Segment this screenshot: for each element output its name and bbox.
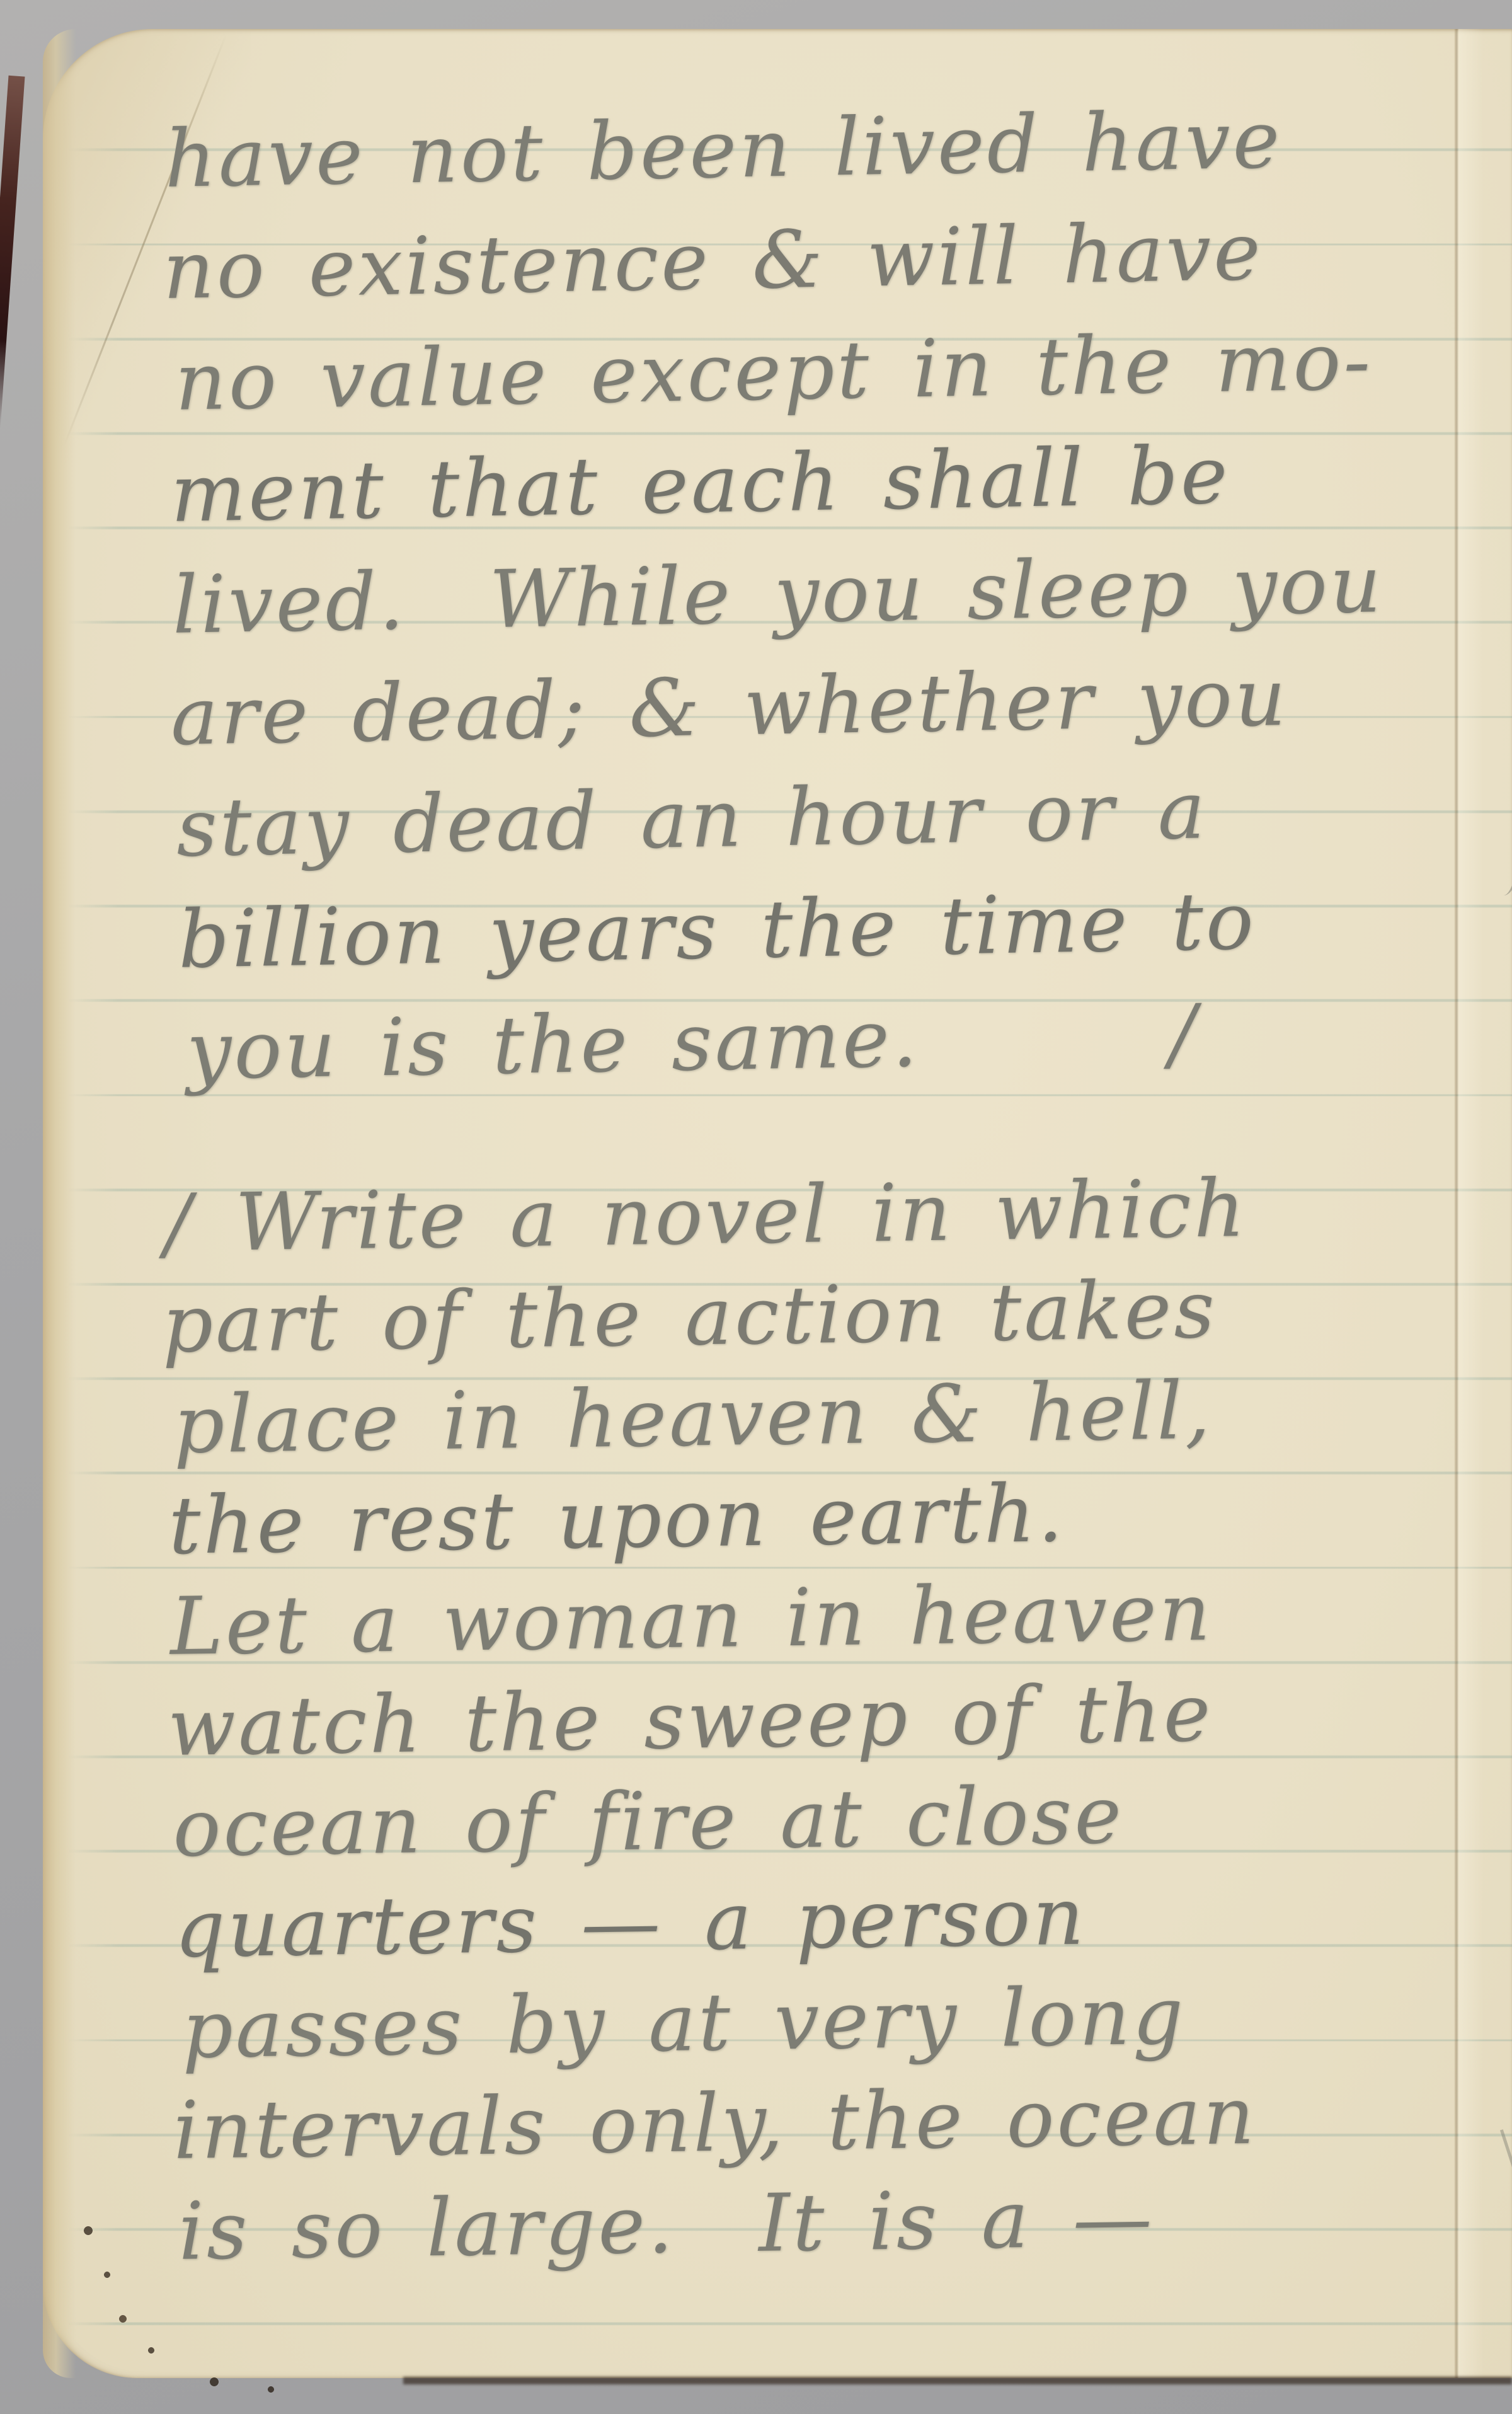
handwritten-line: passes by at very long	[181, 1962, 1487, 2081]
handwritten-line: no existence & will have	[162, 192, 1478, 326]
handwritten-line: no value except in the mo-	[174, 304, 1480, 438]
handwritten-line: have not been lived have	[164, 81, 1476, 215]
handwritten-line: stay dead an hour or a	[176, 750, 1488, 884]
handwritten-line: part of the action takes	[161, 1256, 1477, 1375]
handwritten-line: watch the sweep of the	[167, 1659, 1482, 1778]
page-bottom-shadow	[403, 2377, 1512, 2384]
handwritten-line: ment that each shall be	[169, 415, 1482, 549]
handwritten-paragraph-2: / Write a novel in whichpart of the acti…	[164, 1155, 1489, 2282]
edge-specks	[63, 2193, 315, 2401]
handwritten-line: billion years the time to	[178, 861, 1490, 996]
handwritten-line: intervals only, the ocean	[173, 2062, 1488, 2181]
handwritten-line: the rest upon earth.	[168, 1457, 1480, 1577]
handwritten-paragraph-1: have not been lived haveno existence & w…	[164, 81, 1491, 1107]
notebook-page: have not been lived haveno existence & w…	[43, 29, 1512, 2378]
handwritten-line: is so large. It is a —	[178, 2163, 1489, 2282]
handwritten-line: place in heaven & hell,	[173, 1357, 1478, 1476]
handwritten-line: Let a woman in heaven	[169, 1558, 1481, 1677]
photograph-frame: have not been lived haveno existence & w…	[0, 0, 1512, 2414]
handwritten-line: / Write a novel in which	[164, 1155, 1475, 1274]
handwritten-line: lived. While you sleep you	[171, 527, 1484, 661]
handwritten-line: ocean of fire at close	[172, 1760, 1484, 1879]
book-cover-edge	[0, 76, 25, 428]
handwritten-line: quarters — a person	[174, 1861, 1486, 1980]
handwritten-line: are dead; & whether you	[169, 638, 1486, 773]
handwritten-line: you is the same. /	[186, 972, 1492, 1106]
